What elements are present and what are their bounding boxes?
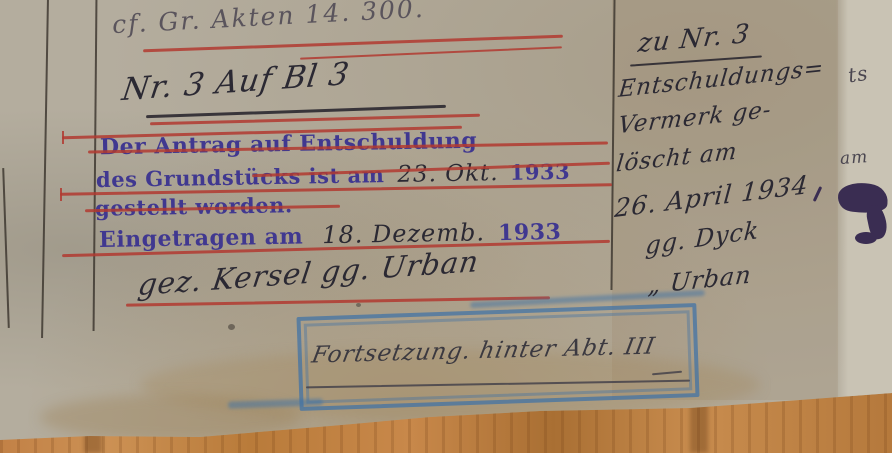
edge-fragment: ts	[846, 61, 869, 88]
edge-fragment: am	[839, 147, 869, 169]
red-strikethrough-hook	[60, 188, 62, 201]
paper-sheet: cf. Gr. Akten 14. 300. Nr. 3 Auf Bl 3 De…	[0, 0, 892, 453]
ink-speck	[356, 303, 361, 307]
form-rule-main-column	[93, 0, 98, 331]
top-note-handwriting: cf. Gr. Akten 14. 300.	[111, 0, 425, 39]
ink-blot	[855, 232, 877, 244]
entry-heading-handwriting: Nr. 3 Auf Bl 3	[121, 56, 351, 108]
form-rule-left-outer	[2, 168, 10, 328]
stamp-line2-date-handwriting: 23. Okt.	[397, 160, 499, 188]
photographed-register-page: cf. Gr. Akten 14. 300. Nr. 3 Auf Bl 3 De…	[0, 0, 892, 453]
red-strikethrough-hook	[62, 131, 64, 144]
form-rule-left-middle	[41, 0, 49, 338]
ink-speck	[228, 324, 235, 330]
